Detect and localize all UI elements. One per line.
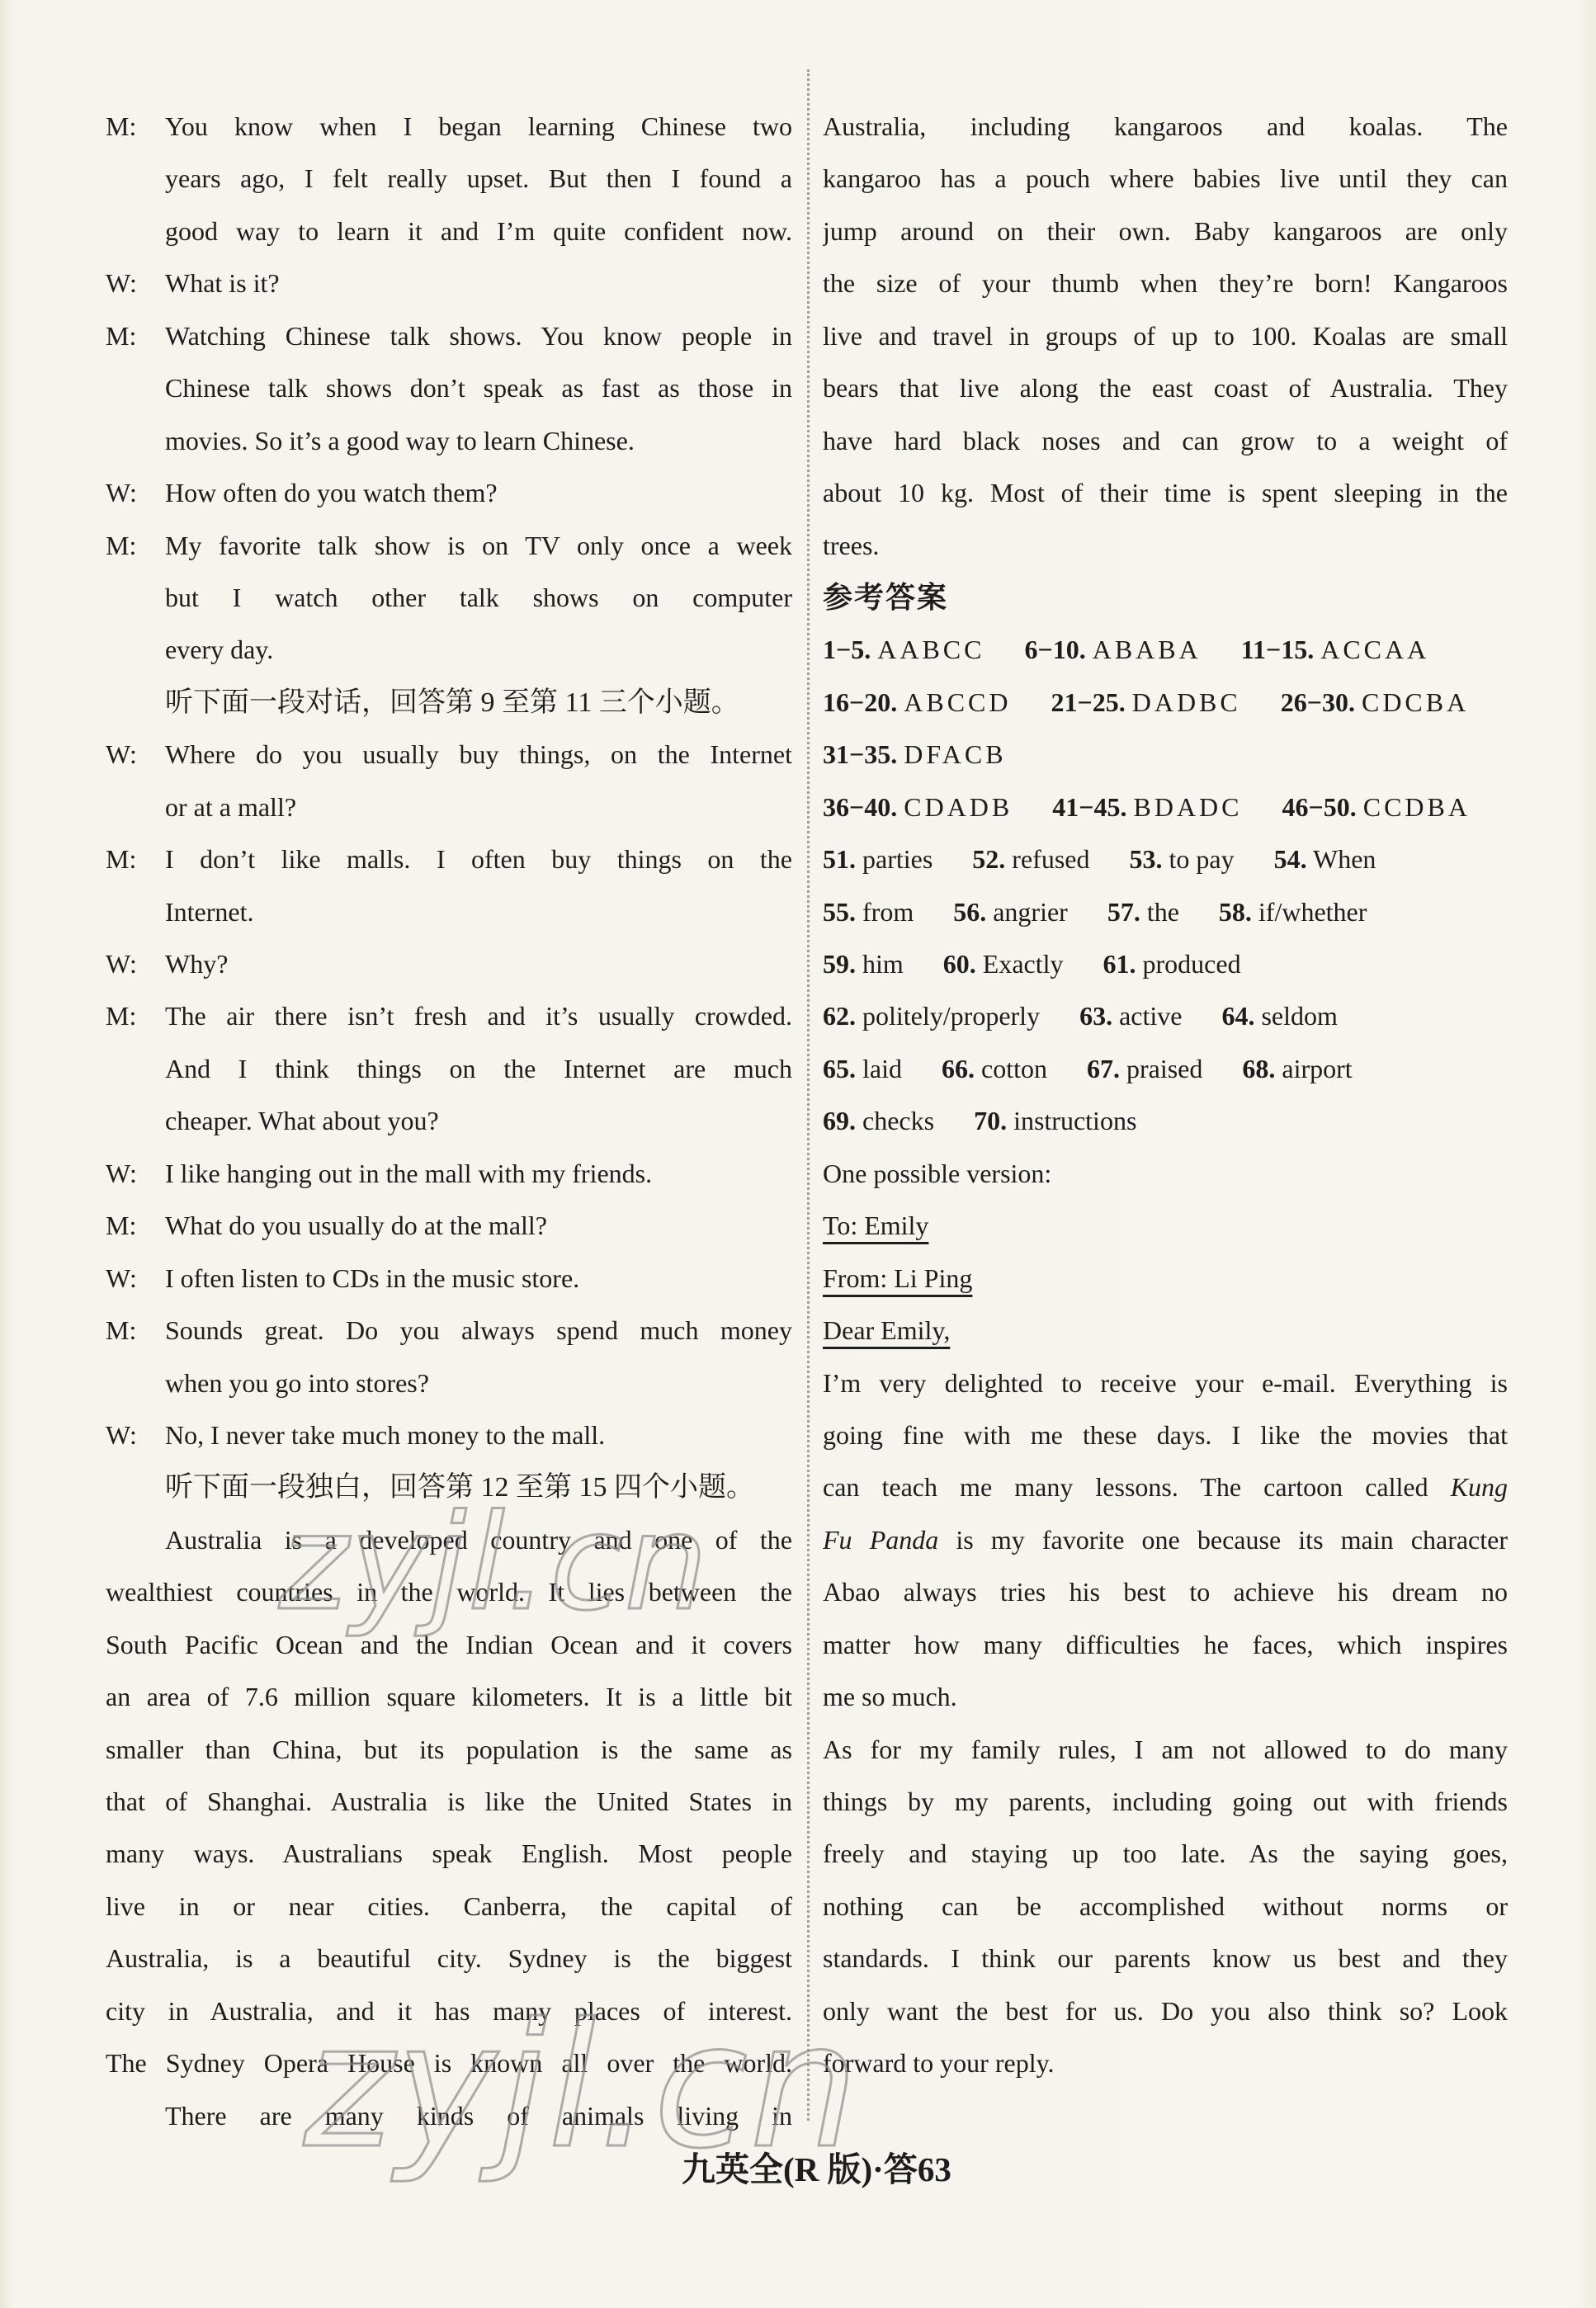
answer-item: 26−30. CDCBA (1281, 687, 1469, 717)
text-line: 听下面一段独白，回答第 12 至第 15 四个小题。 (106, 1461, 792, 1513)
text-line: And I think things on the Internet are m… (106, 1043, 792, 1095)
answer-text: AABCC (877, 635, 985, 664)
answer-number: 65. (823, 1054, 856, 1083)
answer-number: 64. (1221, 1001, 1254, 1031)
answer-number: 58. (1219, 897, 1252, 927)
text-line: M:What do you usually do at the mall? (106, 1200, 792, 1252)
line-text: Fu Panda (823, 1525, 938, 1555)
text-line: smaller than China, but its population i… (106, 1724, 792, 1776)
column-separator-dotted-line (807, 69, 810, 2121)
answer-text: produced (1143, 949, 1241, 979)
answer-text: CDCBA (1362, 687, 1469, 717)
line-text: As for my family rules, I am not allowed… (823, 1735, 1508, 1764)
answer-item: 31−35. DFACB (823, 739, 1007, 769)
answer-item: 36−40. CDADB (823, 792, 1013, 822)
line-text: trees. (823, 531, 879, 560)
line-text: To: Emily (823, 1211, 928, 1240)
text-line: the size of your thumb when they’re born… (823, 257, 1508, 309)
answer-number: 59. (823, 949, 856, 979)
speaker-label: W: (106, 257, 165, 309)
line-text: Dear Emily, (823, 1315, 950, 1345)
text-line: 59. him60. Exactly61. produced (823, 938, 1508, 990)
text-line: M:I don’t like malls. I often buy things… (106, 833, 792, 885)
line-text: about 10 kg. Most of their time is spent… (823, 478, 1508, 507)
text-line: M:My favorite talk show is on TV only on… (106, 520, 792, 572)
line-text: The Sydney Opera House is known all over… (106, 2048, 792, 2078)
answer-number: 52. (972, 844, 1005, 874)
answer-number: 66. (942, 1054, 975, 1083)
line-text: years ago, I felt really upset. But then… (165, 163, 792, 193)
line-text: wealthiest countries in the world. It li… (106, 1577, 792, 1607)
line-text: standards. I think our parents know us b… (823, 1943, 1508, 1973)
answer-item: 54. When (1274, 844, 1376, 874)
line-text: I often listen to CDs in the music store… (165, 1263, 579, 1293)
line-text: but I watch other talk shows on computer (165, 583, 792, 612)
text-line: 16−20. ABCCD21−25. DADBC26−30. CDCBA (823, 677, 1508, 729)
line-text: Internet. (165, 897, 254, 927)
text-line: live and travel in groups of up to 100. … (823, 310, 1508, 362)
line-text: the size of your thumb when they’re born… (823, 268, 1508, 298)
text-line: 36−40. CDADB41−45. BDADC46−50. CCDBA (823, 781, 1508, 833)
line-text: when you go into stores? (165, 1368, 429, 1398)
text-line: have hard black noses and can grow to a … (823, 415, 1508, 467)
text-line: W:Why? (106, 938, 792, 990)
answer-number: 55. (823, 897, 856, 927)
text-line: only want the best for us. Do you also t… (823, 1985, 1508, 2037)
answer-number: 1−5. (823, 635, 871, 664)
answer-item: 46−50. CCDBA (1282, 792, 1471, 822)
answer-text: to pay (1169, 844, 1234, 874)
line-text: I’m very delighted to receive your e-mai… (823, 1368, 1508, 1398)
line-text: forward to your reply. (823, 2048, 1055, 2078)
line-text: nothing can be accomplished without norm… (823, 1891, 1508, 1921)
answer-text: parties (862, 844, 933, 874)
text-line: many ways. Australians speak English. Mo… (106, 1828, 792, 1880)
line-text: South Pacific Ocean and the Indian Ocean… (106, 1630, 792, 1659)
answer-item: 66. cotton (942, 1054, 1047, 1083)
answer-item: 56. angrier (953, 897, 1068, 927)
line-text: 参考答案 (823, 581, 948, 614)
text-line: things by my parents, including going ou… (823, 1776, 1508, 1828)
line-text: And I think things on the Internet are m… (165, 1054, 792, 1083)
line-text: cheaper. What about you? (165, 1106, 439, 1135)
text-line: 31−35. DFACB (823, 729, 1508, 781)
answer-text: CCDBA (1363, 792, 1471, 822)
text-line: going fine with me these days. I like th… (823, 1409, 1508, 1461)
text-line: W:I often listen to CDs in the music sto… (106, 1253, 792, 1305)
text-line: or at a mall? (106, 781, 792, 833)
answer-text: seldom (1261, 1001, 1337, 1031)
answer-text: active (1119, 1001, 1182, 1031)
answer-number: 26−30. (1281, 687, 1355, 717)
speaker-label: M: (106, 990, 165, 1042)
answer-number: 62. (823, 1001, 856, 1031)
answer-text: When (1313, 844, 1376, 874)
answer-item: 67. praised (1087, 1054, 1202, 1083)
answer-text: DADBC (1132, 687, 1241, 717)
text-line: To: Emily (823, 1200, 1508, 1252)
text-line: live in or near cities. Canberra, the ca… (106, 1881, 792, 1933)
text-line: jump around on their own. Baby kangaroos… (823, 205, 1508, 257)
text-line: 51. parties52. refused53. to pay54. When (823, 833, 1508, 885)
answer-item: 60. Exactly (943, 949, 1064, 979)
answer-item: 69. checks (823, 1106, 934, 1135)
text-line: South Pacific Ocean and the Indian Ocean… (106, 1619, 792, 1671)
answer-item: 70. instructions (974, 1106, 1136, 1135)
line-text: city in Australia, and it has many place… (106, 1996, 792, 2026)
answer-item: 59. him (823, 949, 904, 979)
line-text: is my favorite one because its main char… (938, 1525, 1508, 1555)
text-line: 55. from56. angrier57. the58. if/whether (823, 886, 1508, 938)
answer-text: the (1147, 897, 1179, 927)
text-line: city in Australia, and it has many place… (106, 1985, 792, 2037)
line-text: 听下面一段对话，回答第 9 至第 11 三个小题。 (165, 687, 739, 718)
line-text: things by my parents, including going ou… (823, 1786, 1508, 1816)
answer-text: ACCAA (1320, 635, 1429, 664)
text-line: movies. So it’s a good way to learn Chin… (106, 415, 792, 467)
answer-text: Exactly (983, 949, 1064, 979)
answer-item: 61. produced (1103, 949, 1241, 979)
text-line: 62. politely/properly63. active64. seldo… (823, 990, 1508, 1042)
text-line: forward to your reply. (823, 2037, 1508, 2089)
answer-text: instructions (1013, 1106, 1136, 1135)
text-line: I’m very delighted to receive your e-mai… (823, 1357, 1508, 1409)
text-line: 参考答案 (823, 572, 1508, 624)
answer-text: DFACB (904, 739, 1006, 769)
text-line: As for my family rules, I am not allowed… (823, 1724, 1508, 1776)
answer-item: 16−20. ABCCD (823, 687, 1011, 717)
line-text: live and travel in groups of up to 100. … (823, 321, 1508, 351)
answer-number: 41−45. (1052, 792, 1126, 822)
line-text: My favorite talk show is on TV only once… (165, 531, 792, 560)
answer-number: 36−40. (823, 792, 897, 822)
line-text: Abao always tries his best to achieve hi… (823, 1577, 1508, 1607)
text-line: bears that live along the east coast of … (823, 362, 1508, 414)
text-line: that of Shanghai. Australia is like the … (106, 1776, 792, 1828)
line-text: Australia, including kangaroos and koala… (823, 111, 1508, 141)
line-text: good way to learn it and I’m quite confi… (165, 216, 792, 246)
answer-item: 58. if/whether (1219, 897, 1367, 927)
answer-text: ABCCD (904, 687, 1011, 717)
answer-text: CDADB (904, 792, 1013, 822)
text-line: years ago, I felt really upset. But then… (106, 153, 792, 205)
line-text: freely and staying up too late. As the s… (823, 1838, 1508, 1868)
text-line: M:You know when I began learning Chinese… (106, 101, 792, 153)
text-line: but I watch other talk shows on computer (106, 572, 792, 624)
line-text: movies. So it’s a good way to learn Chin… (165, 426, 635, 455)
text-line: Dear Emily, (823, 1305, 1508, 1357)
answer-number: 68. (1242, 1054, 1275, 1083)
line-text: live in or near cities. Canberra, the ca… (106, 1891, 792, 1921)
text-line: 69. checks70. instructions (823, 1095, 1508, 1147)
line-text: that of Shanghai. Australia is like the … (106, 1786, 792, 1816)
answer-number: 16−20. (823, 687, 897, 717)
answer-number: 31−35. (823, 739, 897, 769)
answer-item: 11−15. ACCAA (1241, 635, 1429, 664)
text-line: Internet. (106, 886, 792, 938)
text-line: Abao always tries his best to achieve hi… (823, 1566, 1508, 1618)
speaker-label: W: (106, 1148, 165, 1200)
text-line: M:The air there isn’t fresh and it’s usu… (106, 990, 792, 1042)
answer-number: 57. (1107, 897, 1140, 927)
line-text: I like hanging out in the mall with my f… (165, 1159, 652, 1188)
line-text: There are many kinds of animals living i… (165, 2101, 792, 2131)
text-line: matter how many difficulties he faces, w… (823, 1619, 1508, 1671)
text-line: The Sydney Opera House is known all over… (106, 2037, 792, 2089)
answer-item: 41−45. BDADC (1052, 792, 1242, 822)
answer-item: 21−25. DADBC (1051, 687, 1240, 717)
answer-item: 52. refused (972, 844, 1089, 874)
answer-text: from (862, 897, 914, 927)
answer-number: 54. (1274, 844, 1307, 874)
text-line: freely and staying up too late. As the s… (823, 1828, 1508, 1880)
answer-number: 63. (1079, 1001, 1112, 1031)
answer-item: 68. airport (1242, 1054, 1352, 1083)
answer-text: cotton (981, 1054, 1047, 1083)
answer-text: if/whether (1258, 897, 1367, 927)
speaker-label: M: (106, 1200, 165, 1252)
right-column: Australia, including kangaroos and koala… (823, 101, 1508, 2090)
answer-item: 57. the (1107, 897, 1179, 927)
answer-text: praised (1126, 1054, 1202, 1083)
line-text: Where do you usually buy things, on the … (165, 739, 792, 769)
answer-number: 61. (1103, 949, 1136, 979)
answer-text: BDADC (1133, 792, 1242, 822)
text-line: W:Where do you usually buy things, on th… (106, 729, 792, 781)
line-text: many ways. Australians speak English. Mo… (106, 1838, 792, 1868)
line-text: Australia is a developed country and one… (165, 1525, 792, 1555)
line-text: or at a mall? (165, 792, 296, 822)
text-line: M:Sounds great. Do you always spend much… (106, 1305, 792, 1357)
left-column: M:You know when I began learning Chinese… (106, 101, 792, 2142)
text-line: W:I like hanging out in the mall with my… (106, 1148, 792, 1200)
line-text: every day. (165, 635, 273, 664)
speaker-label: W: (106, 467, 165, 519)
answer-item: 1−5. AABCC (823, 635, 985, 664)
answer-number: 11−15. (1241, 635, 1314, 664)
answer-item: 64. seldom (1221, 1001, 1337, 1031)
speaker-label: W: (106, 1253, 165, 1305)
line-text: What do you usually do at the mall? (165, 1211, 547, 1240)
text-line: me so much. (823, 1671, 1508, 1723)
speaker-label: W: (106, 938, 165, 990)
answer-item: 55. from (823, 897, 914, 927)
answer-number: 56. (953, 897, 986, 927)
text-line: Australia, is a beautiful city. Sydney i… (106, 1933, 792, 1985)
line-text: Sounds great. Do you always spend much m… (165, 1315, 792, 1345)
text-line: kangaroo has a pouch where babies live u… (823, 153, 1508, 205)
line-text: What is it? (165, 268, 280, 298)
text-line: every day. (106, 624, 792, 676)
line-text: only want the best for us. Do you also t… (823, 1996, 1508, 2026)
answer-text: laid (862, 1054, 902, 1083)
answer-text: angrier (993, 897, 1068, 927)
answer-number: 21−25. (1051, 687, 1125, 717)
answer-text: airport (1282, 1054, 1352, 1083)
line-text: Why? (165, 949, 228, 979)
speaker-label: M: (106, 520, 165, 572)
speaker-label: M: (106, 310, 165, 362)
line-text: I don’t like malls. I often buy things o… (165, 844, 792, 874)
line-text: Chinese talk shows don’t speak as fast a… (165, 373, 792, 403)
text-line: 1−5. AABCC6−10. ABABA11−15. ACCAA (823, 624, 1508, 676)
answer-item: 63. active (1079, 1001, 1182, 1031)
text-line: Chinese talk shows don’t speak as fast a… (106, 362, 792, 414)
line-text: Australia, is a beautiful city. Sydney i… (106, 1943, 792, 1973)
answer-number: 70. (974, 1106, 1007, 1135)
answer-item: 51. parties (823, 844, 933, 874)
answer-text: refused (1012, 844, 1089, 874)
answer-number: 51. (823, 844, 856, 874)
line-text: 听下面一段独白，回答第 12 至第 15 四个小题。 (165, 1472, 754, 1503)
text-line: nothing can be accomplished without norm… (823, 1881, 1508, 1933)
answer-number: 53. (1129, 844, 1162, 874)
answer-number: 46−50. (1282, 792, 1357, 822)
answer-number: 60. (943, 949, 976, 979)
line-text: can teach me many lessons. The cartoon c… (823, 1472, 1451, 1502)
line-text: Watching Chinese talk shows. You know pe… (165, 321, 792, 351)
answer-text: politely/properly (862, 1001, 1040, 1031)
text-line: One possible version: (823, 1148, 1508, 1200)
answer-item: 62. politely/properly (823, 1001, 1040, 1031)
text-line: 65. laid66. cotton67. praised68. airport (823, 1043, 1508, 1095)
text-line: an area of 7.6 million square kilometers… (106, 1671, 792, 1723)
text-line: cheaper. What about you? (106, 1095, 792, 1147)
answer-item: 65. laid (823, 1054, 902, 1083)
answer-number: 67. (1087, 1054, 1120, 1083)
answer-item: 53. to pay (1129, 844, 1234, 874)
speaker-label: M: (106, 833, 165, 885)
text-line: can teach me many lessons. The cartoon c… (823, 1461, 1508, 1513)
speaker-label: M: (106, 101, 165, 153)
answer-text: checks (862, 1106, 934, 1135)
line-text: Kung (1451, 1472, 1508, 1502)
text-line: Australia is a developed country and one… (106, 1514, 792, 1566)
text-line: about 10 kg. Most of their time is spent… (823, 467, 1508, 519)
line-text: From: Li Ping (823, 1263, 972, 1293)
line-text: bears that live along the east coast of … (823, 373, 1508, 403)
text-line: W:What is it? (106, 257, 792, 309)
text-line: standards. I think our parents know us b… (823, 1933, 1508, 1985)
speaker-label: M: (106, 1305, 165, 1357)
text-line: good way to learn it and I’m quite confi… (106, 205, 792, 257)
page-footer: 九英全(R 版)·答63 (682, 2142, 951, 2191)
text-line: trees. (823, 520, 1508, 572)
line-text: matter how many difficulties he faces, w… (823, 1630, 1508, 1659)
text-line: Fu Panda is my favorite one because its … (823, 1514, 1508, 1566)
text-line: M:Watching Chinese talk shows. You know … (106, 310, 792, 362)
answer-number: 6−10. (1024, 635, 1085, 664)
answer-text: him (862, 949, 904, 979)
line-text: kangaroo has a pouch where babies live u… (823, 163, 1508, 193)
answer-item: 6−10. ABABA (1024, 635, 1201, 664)
speaker-label: W: (106, 1409, 165, 1461)
line-text: an area of 7.6 million square kilometers… (106, 1682, 792, 1711)
text-line: There are many kinds of animals living i… (106, 2090, 792, 2142)
line-text: going fine with me these days. I like th… (823, 1420, 1508, 1450)
line-text: me so much. (823, 1682, 957, 1711)
line-text: You know when I began learning Chinese t… (165, 111, 792, 141)
text-line: From: Li Ping (823, 1253, 1508, 1305)
line-text: have hard black noses and can grow to a … (823, 426, 1508, 455)
speaker-label: W: (106, 729, 165, 781)
text-line: Australia, including kangaroos and koala… (823, 101, 1508, 153)
line-text: smaller than China, but its population i… (106, 1735, 792, 1764)
line-text: One possible version: (823, 1159, 1051, 1188)
text-line: W:No, I never take much money to the mal… (106, 1409, 792, 1461)
text-line: 听下面一段对话，回答第 9 至第 11 三个小题。 (106, 677, 792, 729)
answer-text: ABABA (1093, 635, 1202, 664)
text-line: when you go into stores? (106, 1357, 792, 1409)
line-text: The air there isn’t fresh and it’s usual… (165, 1001, 792, 1031)
text-line: wealthiest countries in the world. It li… (106, 1566, 792, 1618)
line-text: jump around on their own. Baby kangaroos… (823, 216, 1508, 246)
scanned-answer-page: M:You know when I began learning Chinese… (0, 0, 1596, 2308)
line-text: No, I never take much money to the mall. (165, 1420, 605, 1450)
text-line: W:How often do you watch them? (106, 467, 792, 519)
answer-number: 69. (823, 1106, 856, 1135)
line-text: How often do you watch them? (165, 478, 498, 507)
